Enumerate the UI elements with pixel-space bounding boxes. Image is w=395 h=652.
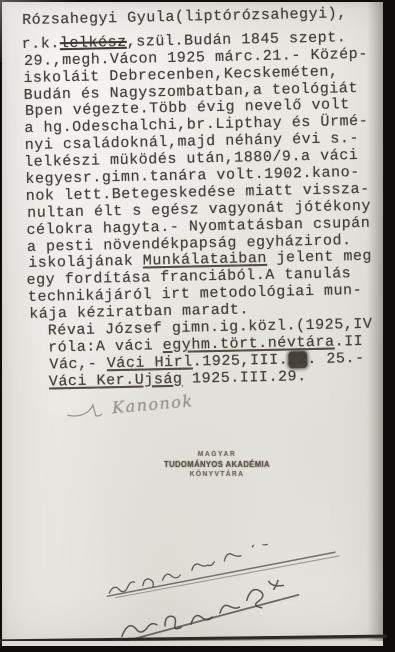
photo-background: Rózsahegyi Gyula(liptórózsahegyi),r.k.le… (0, 0, 395, 652)
pencil-note: Kanonok (66, 386, 257, 421)
card-bottom-light-strip (2, 641, 383, 646)
pencil-dash-mark (66, 400, 109, 420)
catalog-card: Rózsahegyi Gyula(liptórózsahegyi),r.k.le… (2, 2, 383, 646)
typed-text-block: Rózsahegyi Gyula(liptórózsahegyi),r.k.le… (22, 5, 390, 391)
stamp-line-3: KÖNYVTÁRA (155, 471, 280, 478)
stamp-line-2: TUDOMÁNYOS AKADÉMIA (155, 460, 280, 469)
library-stamp: MAGYAR TUDOMÁNYOS AKADÉMIA KÖNYVTÁRA (155, 451, 280, 478)
pencil-note-text: Kanonok (111, 391, 194, 417)
stamp-line-1: MAGYAR (155, 451, 280, 458)
